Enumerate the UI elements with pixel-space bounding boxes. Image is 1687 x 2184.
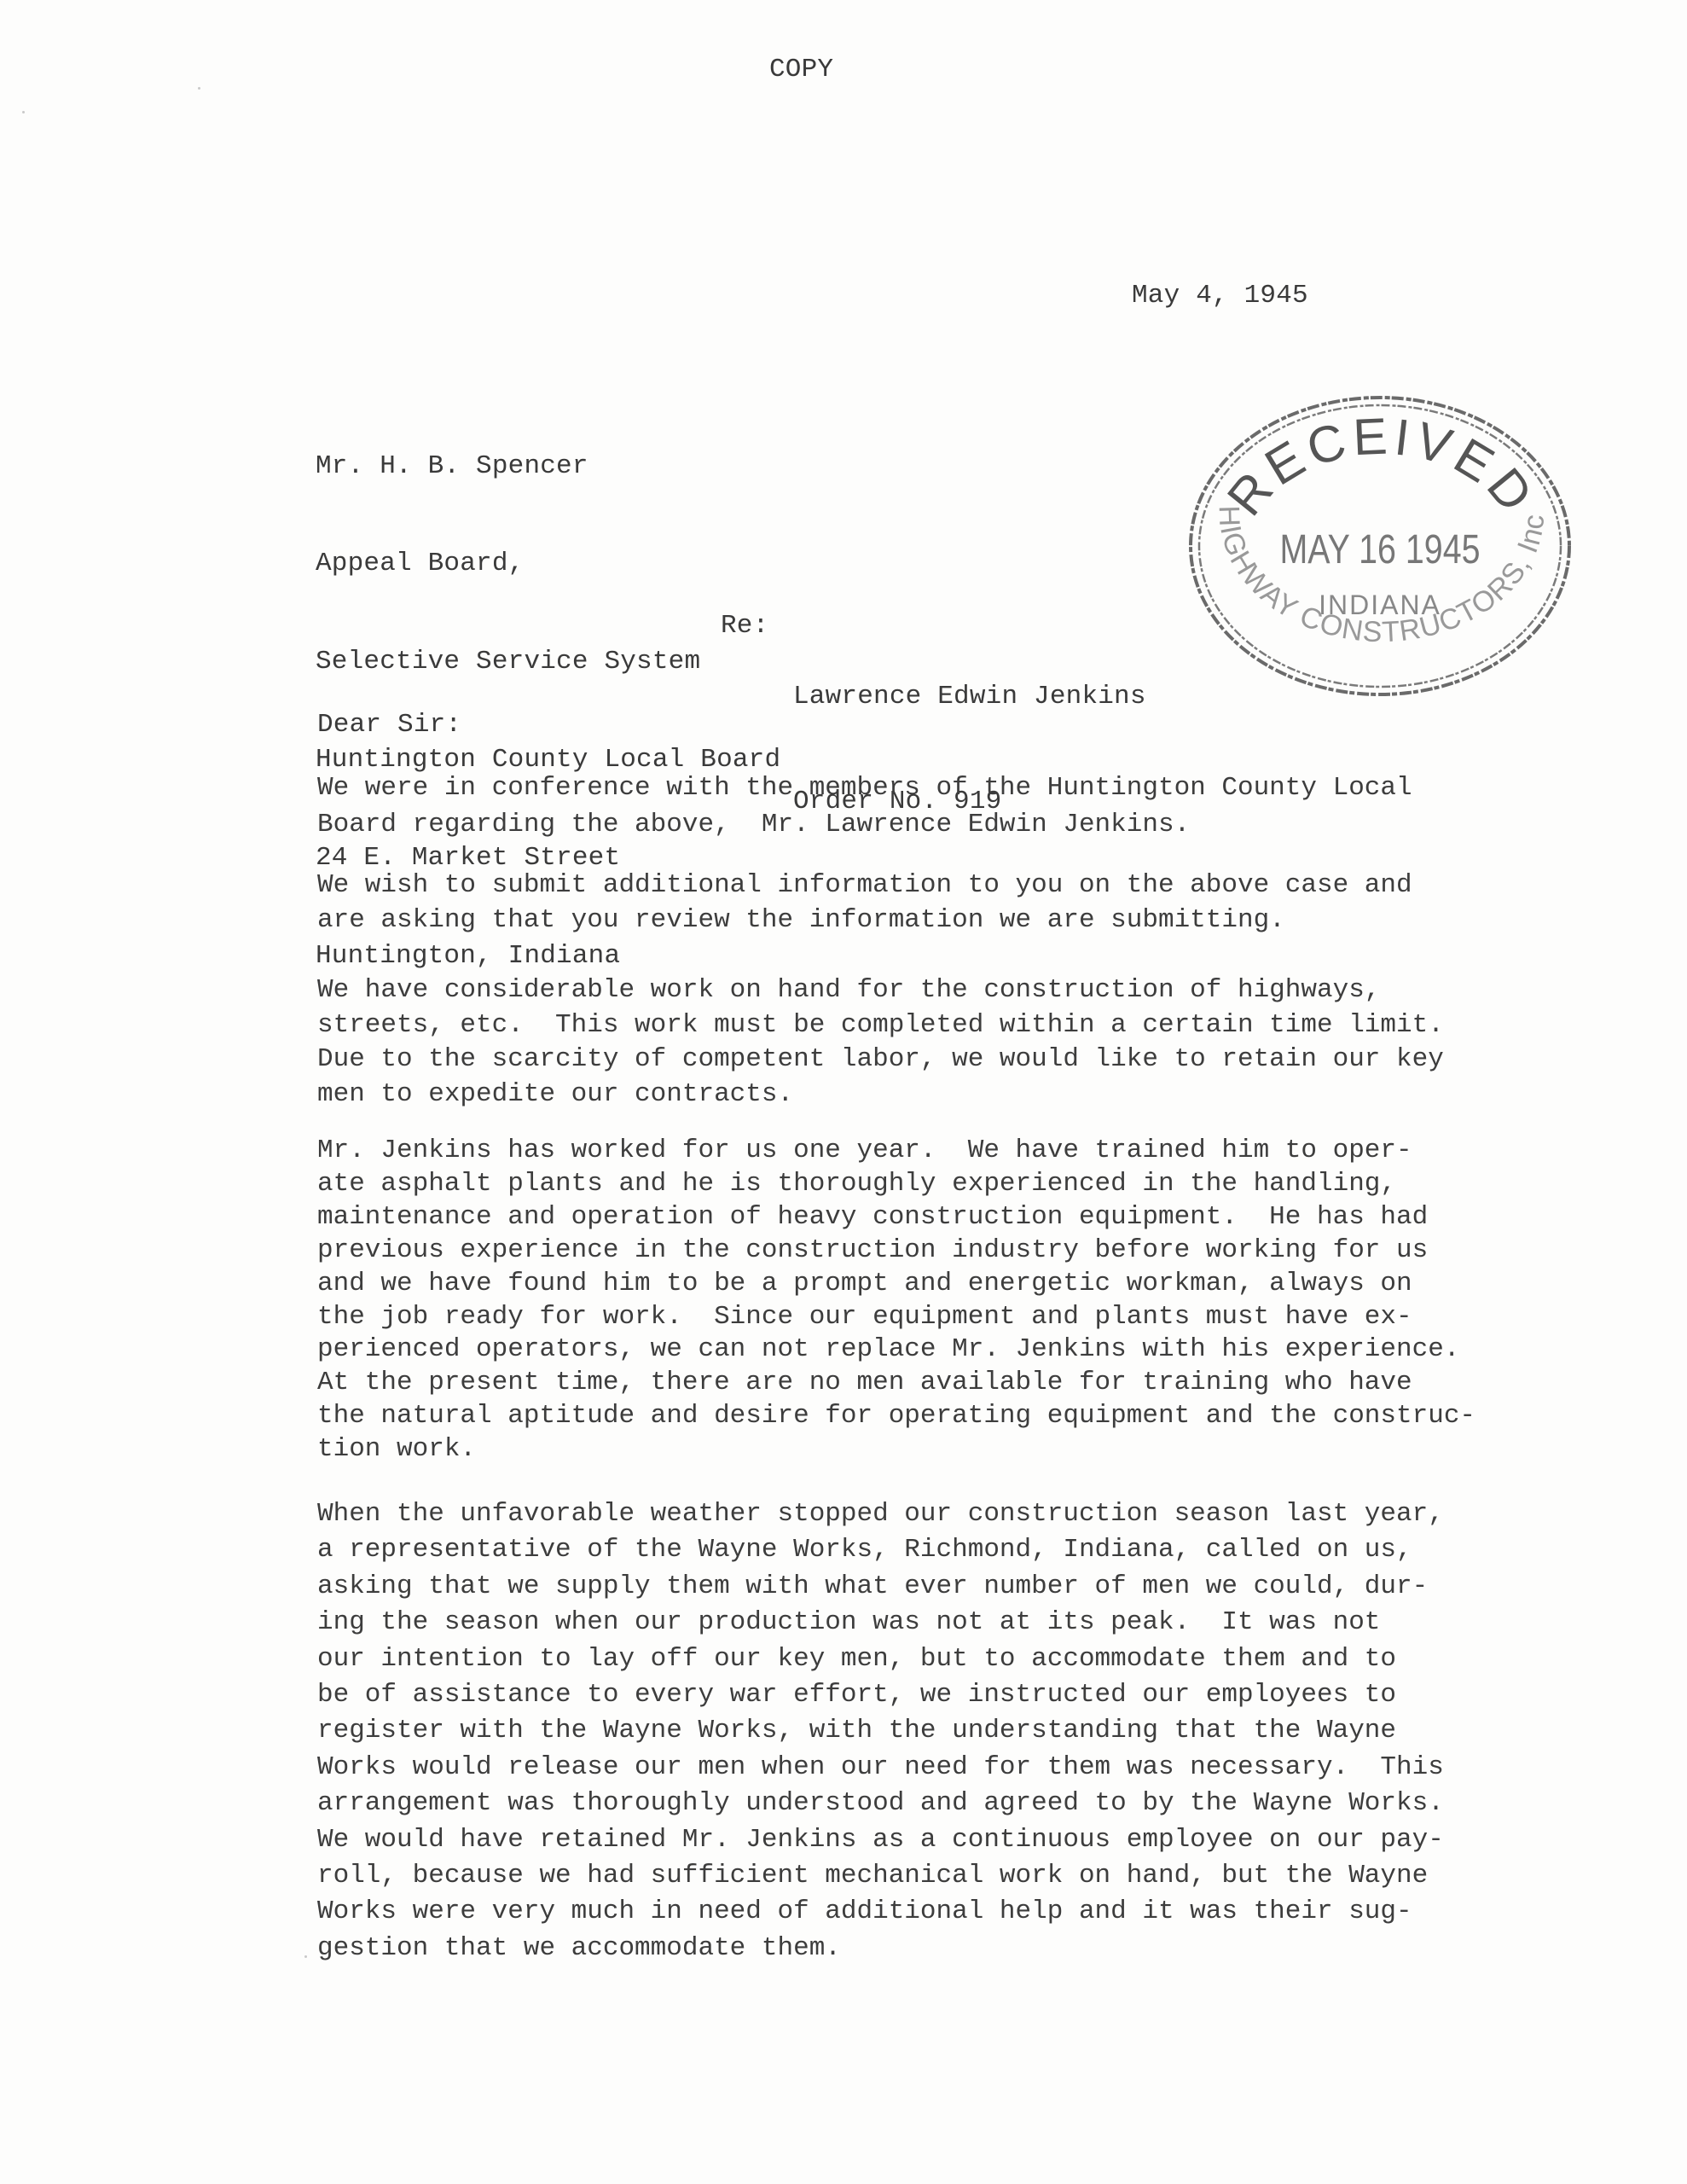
paragraph-line: Works would release our men when our nee… <box>317 1750 1444 1786</box>
stamp-received-text: RECEIVED <box>1216 407 1547 526</box>
paragraph-line: At the present time, there are no men av… <box>317 1367 1475 1400</box>
paragraph-line: We would have retained Mr. Jenkins as a … <box>317 1822 1444 1858</box>
recipient-line: Appeal Board, <box>316 548 780 580</box>
reference-block: Lawrence Edwin Jenkins Order No. 919 <box>793 609 1146 889</box>
recipient-name: Mr. H. B. Spencer <box>316 450 780 483</box>
paragraph-line: be of assistance to every war effort, we… <box>317 1677 1444 1713</box>
paragraph-line: roll, because we had sufficient mechanic… <box>317 1858 1444 1894</box>
paragraph-line: Due to the scarcity of competent labor, … <box>317 1043 1444 1077</box>
body-paragraph-3: We have considerable work on hand for th… <box>317 973 1444 1112</box>
paragraph-line: arrangement was thoroughly understood an… <box>317 1786 1444 1821</box>
paragraph-line: our intention to lay off our key men, bu… <box>317 1641 1444 1677</box>
received-stamp: RECEIVED MAY 16 1945 INDIANA HIGHWAY CON… <box>1186 394 1578 701</box>
paragraph-line: When the unfavorable weather stopped our… <box>317 1496 1444 1532</box>
copy-header-mark: COPY <box>769 53 833 87</box>
paragraph-line: streets, etc. This work must be complete… <box>317 1008 1444 1043</box>
paragraph-line: previous experience in the construction … <box>317 1234 1475 1268</box>
paragraph-line: ate asphalt plants and he is thoroughly … <box>317 1168 1475 1201</box>
body-paragraph-2: We wish to submit additional information… <box>317 868 1412 938</box>
reference-subject: Lawrence Edwin Jenkins <box>793 679 1146 714</box>
paragraph-line: tion work. <box>317 1433 1475 1467</box>
paragraph-line: asking that we supply them with what eve… <box>317 1569 1444 1605</box>
stamp-date-text: MAY 16 1945 <box>1280 527 1481 572</box>
paragraph-line: Works were very much in need of addition… <box>317 1894 1444 1930</box>
paragraph-line: register with the Wayne Works, with the … <box>317 1713 1444 1749</box>
paragraph-line: Mr. Jenkins has worked for us one year. … <box>317 1135 1475 1168</box>
paragraph-line: are asking that you review the informati… <box>317 903 1412 938</box>
body-paragraph-4: Mr. Jenkins has worked for us one year. … <box>317 1135 1475 1467</box>
paragraph-line: the natural aptitude and desire for oper… <box>317 1400 1475 1433</box>
scan-speck <box>304 1955 307 1958</box>
scan-speck <box>198 87 200 90</box>
recipient-line: Selective Service System <box>316 646 780 678</box>
paragraph-line: gestion that we accommodate them. <box>317 1931 1444 1966</box>
recipient-line: Huntington, Indiana <box>316 940 780 973</box>
paragraph-line: We have considerable work on hand for th… <box>317 973 1444 1008</box>
paragraph-line: men to expedite our contracts. <box>317 1077 1444 1112</box>
paragraph-line: Board regarding the above, Mr. Lawrence … <box>317 806 1412 843</box>
paragraph-line: a representative of the Wayne Works, Ric… <box>317 1532 1444 1568</box>
letter-date: May 4, 1945 <box>1132 279 1308 313</box>
paragraph-line: We wish to submit additional information… <box>317 868 1412 903</box>
salutation: Dear Sir: <box>317 708 461 742</box>
scan-speck <box>22 111 25 113</box>
paragraph-line: We were in conference with the members o… <box>317 770 1412 806</box>
paragraph-line: maintenance and operation of heavy const… <box>317 1201 1475 1234</box>
paragraph-line: perienced operators, we can not replace … <box>317 1333 1475 1367</box>
paragraph-line: and we have found him to be a prompt and… <box>317 1268 1475 1301</box>
body-paragraph-1: We were in conference with the members o… <box>317 770 1412 843</box>
reference-label: Re: <box>721 609 768 643</box>
body-paragraph-5: When the unfavorable weather stopped our… <box>317 1496 1444 1966</box>
paragraph-line: the job ready for work. Since our equipm… <box>317 1301 1475 1334</box>
paragraph-line: ing the season when our production was n… <box>317 1605 1444 1641</box>
